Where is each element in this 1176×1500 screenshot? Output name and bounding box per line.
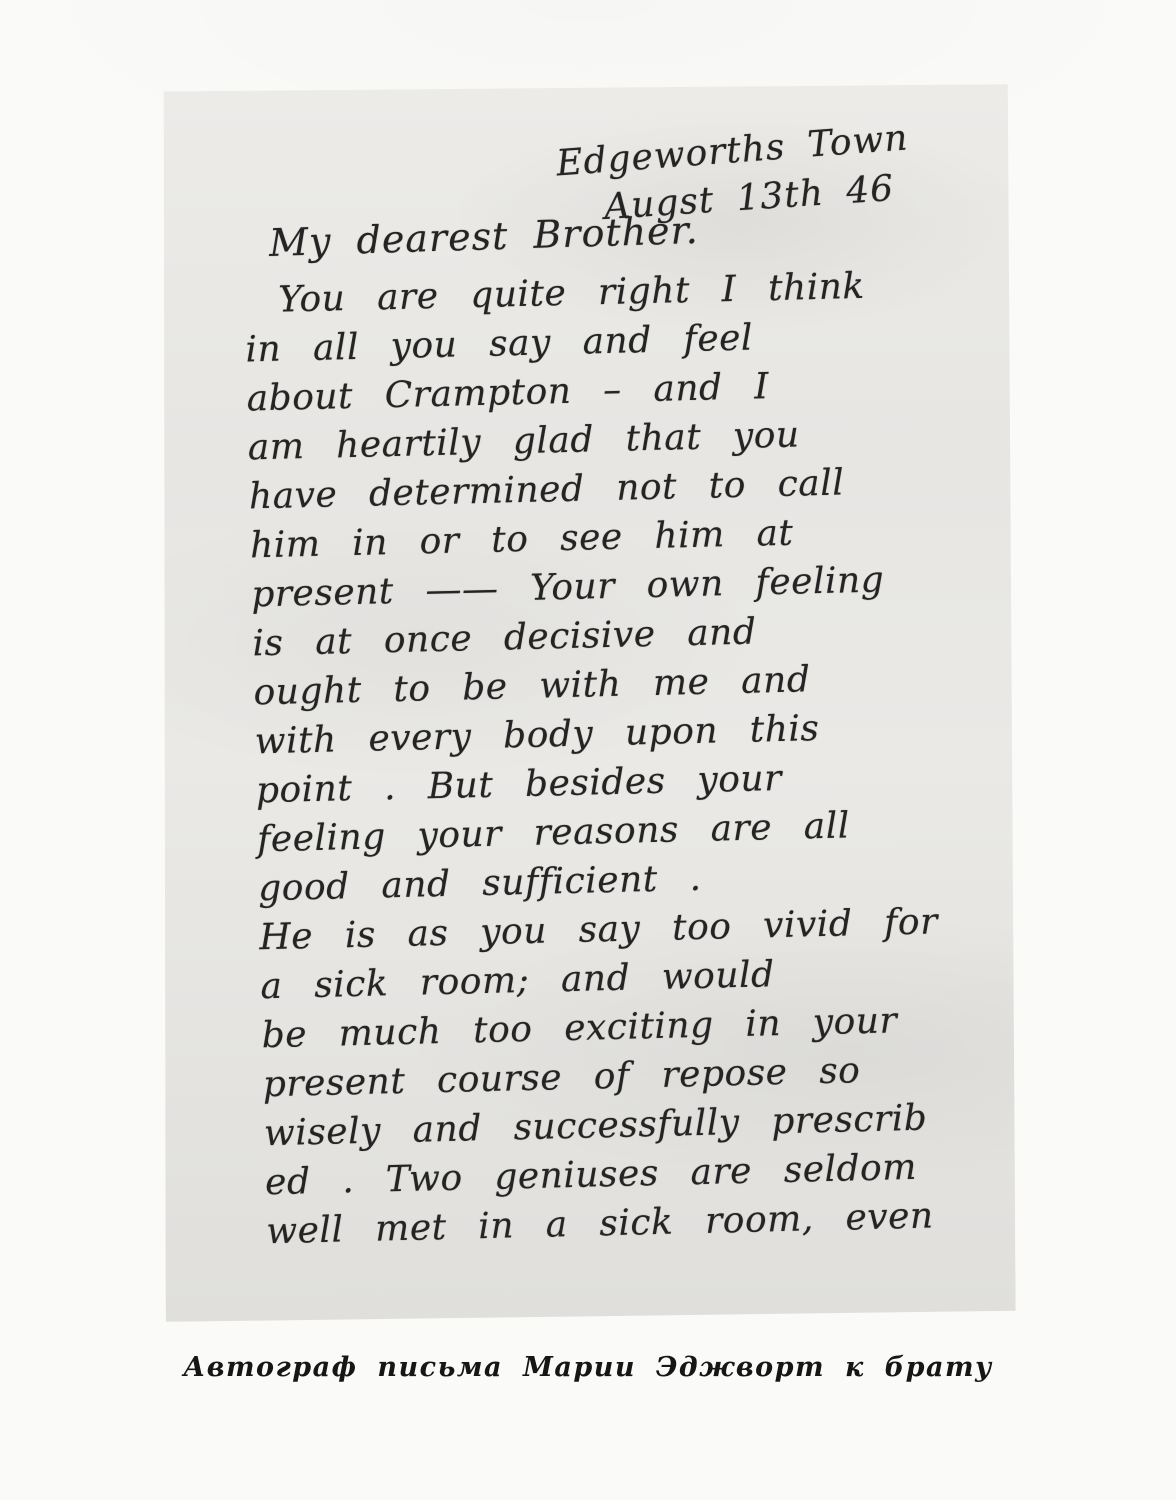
letter-body: You are quite right I think in all you s… [244,260,985,1257]
plate-caption: Автограф письма Марии Эджворт к брату [0,1352,1176,1383]
letter-salutation: My dearest Brother. [268,208,699,265]
letter-photograph: Edgeworths Town Augst 13th 46 My dearest… [160,84,1015,1322]
book-page: Edgeworths Town Augst 13th 46 My dearest… [0,0,1176,1500]
letter-content: Edgeworths Town Augst 13th 46 My dearest… [160,84,1015,1322]
